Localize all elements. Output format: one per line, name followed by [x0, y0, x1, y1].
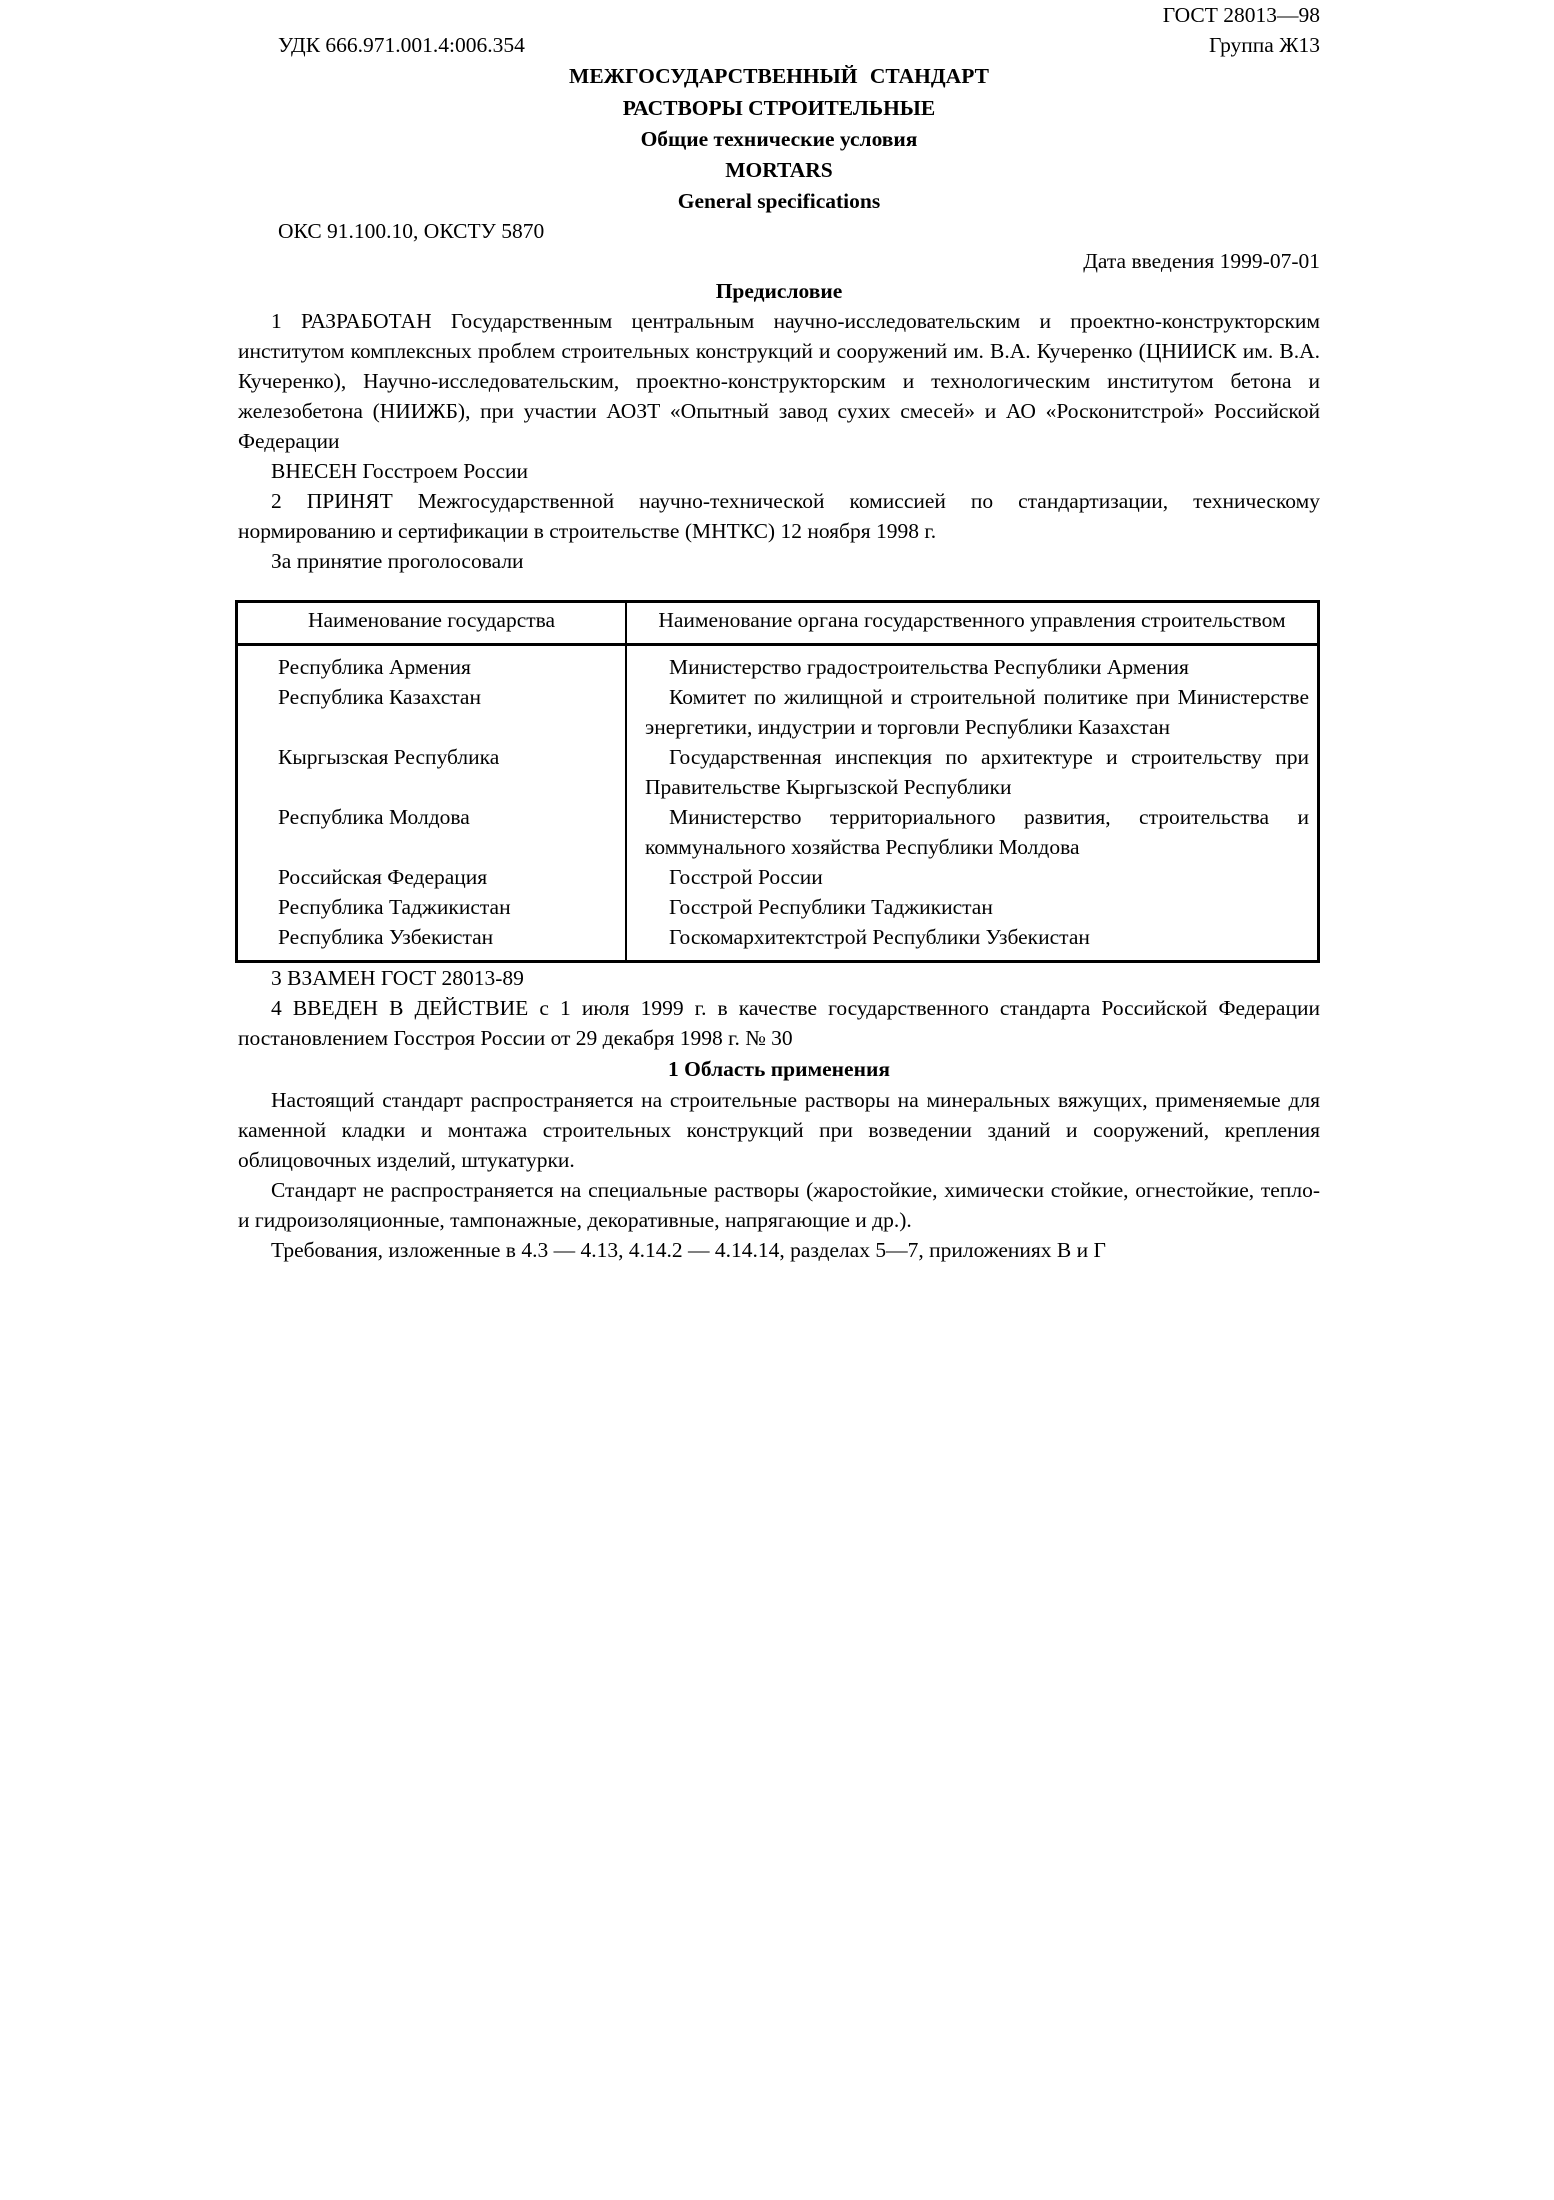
udk-code: УДК 666.971.001.4:006.354 — [278, 30, 525, 60]
state-cell: Республика Узбекистан — [237, 922, 627, 962]
agency-cell: Государственная инспекция по архитектуре… — [626, 742, 1319, 802]
section1-heading: 1 Область применения — [238, 1053, 1320, 1085]
table-row: Кыргызская Республика Государственная ин… — [237, 742, 1319, 802]
table-row: Республика Узбекистан Госкомархитектстро… — [237, 922, 1319, 962]
page-content: ГОСТ 28013—98 УДК 666.971.001.4:006.354 … — [238, 0, 1320, 1265]
vote-table: Наименование государства Наименование ор… — [235, 600, 1320, 963]
agency-cell: Министерство градостроительства Республи… — [626, 645, 1319, 683]
state-cell: Кыргызская Республика — [237, 742, 627, 802]
subtitle-ru: Общие технические условия — [238, 124, 1320, 154]
agency-cell: Госстрой Республики Таджикистан — [626, 892, 1319, 922]
scope-paragraphs: Настоящий стандарт распространяется на с… — [238, 1085, 1320, 1265]
group-code: Группа Ж13 — [1209, 30, 1320, 60]
table-row: Республика Казахстан Комитет по жилищной… — [237, 682, 1319, 742]
title-ru: РАСТВОРЫ СТРОИТЕЛЬНЫЕ — [238, 92, 1320, 124]
foreword-para-developed: 1 РАЗРАБОТАН Государственным центральным… — [238, 306, 1320, 456]
udk-group-row: УДК 666.971.001.4:006.354 Группа Ж13 — [238, 30, 1320, 60]
table-row: Республика Таджикистан Госстрой Республи… — [237, 892, 1319, 922]
table-header-row: Наименование государства Наименование ор… — [237, 602, 1319, 645]
foreword-para-submitted: ВНЕСЕН Госстроем России — [238, 456, 1320, 486]
table-row: Российская Федерация Госстрой России — [237, 862, 1319, 892]
state-cell: Российская Федерация — [237, 862, 627, 892]
foreword-heading: Предисловие — [238, 276, 1320, 306]
vote-table-body: Республика Армения Министерство градостр… — [237, 645, 1319, 962]
effective-date: Дата введения 1999-07-01 — [238, 246, 1320, 276]
standard-type-heading: МЕЖГОСУДАРСТВЕННЫЙ СТАНДАРТ — [238, 60, 1320, 92]
foreword-para-accepted: 2 ПРИНЯТ Межгосударственной научно-техни… — [238, 486, 1320, 546]
enacted-note: 4 ВВЕДЕН В ДЕЙСТВИЕ с 1 июля 1999 г. в к… — [238, 993, 1320, 1053]
replaces-note: 3 ВЗАМЕН ГОСТ 28013-89 — [238, 963, 1320, 993]
vote-intro: За принятие проголосовали — [238, 546, 1320, 576]
scope-para-1: Настоящий стандарт распространяется на с… — [238, 1085, 1320, 1175]
agency-cell: Министерство территориального развития, … — [626, 802, 1319, 862]
state-cell: Республика Казахстан — [237, 682, 627, 742]
oks-line: ОКС 91.100.10, ОКСТУ 5870 — [238, 216, 1320, 246]
agency-cell: Госкомархитектстрой Республики Узбекиста… — [626, 922, 1319, 962]
state-cell: Республика Таджикистан — [237, 892, 627, 922]
state-column-header: Наименование государства — [237, 602, 627, 645]
document-page: ГОСТ 28013—98 УДК 666.971.001.4:006.354 … — [0, 0, 1554, 2200]
subtitle-en: General specifications — [238, 186, 1320, 216]
scope-para-2: Стандарт не распространяется на специаль… — [238, 1175, 1320, 1235]
table-row: Республика Молдова Министерство территор… — [237, 802, 1319, 862]
agency-cell: Госстрой России — [626, 862, 1319, 892]
doc-number: ГОСТ 28013—98 — [238, 0, 1320, 30]
state-cell: Республика Молдова — [237, 802, 627, 862]
agency-column-header: Наименование органа государственного упр… — [626, 602, 1319, 645]
table-row: Республика Армения Министерство градостр… — [237, 645, 1319, 683]
title-en: MORTARS — [238, 154, 1320, 186]
agency-cell: Комитет по жилищной и строительной полит… — [626, 682, 1319, 742]
scope-para-3: Требования, изложенные в 4.3 — 4.13, 4.1… — [238, 1235, 1320, 1265]
state-cell: Республика Армения — [237, 645, 627, 683]
vote-table-header: Наименование государства Наименование ор… — [237, 602, 1319, 645]
